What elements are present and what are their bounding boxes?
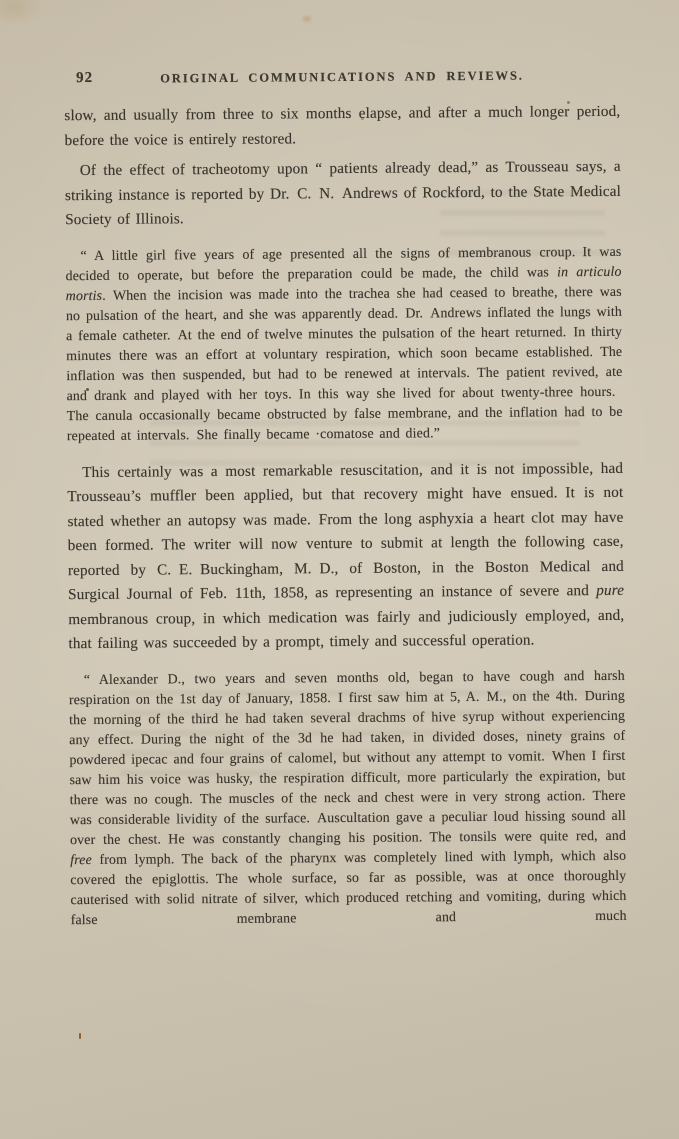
paragraph: This certainly was a most remarkable res… <box>67 456 625 656</box>
scanned-book-page: 92 ORIGINAL COMMUNICATIONS AND REVIEWS. … <box>0 0 679 1139</box>
ink-speck <box>86 388 89 391</box>
block-quote: “ Alexander D., two years and seven mont… <box>69 666 627 930</box>
page-content: 92 ORIGINAL COMMUNICATIONS AND REVIEWS. … <box>64 68 627 931</box>
page-number: 92 <box>76 70 93 87</box>
ink-speck <box>361 118 364 120</box>
ink-speck <box>567 101 570 104</box>
block-quote: “ A little girl five years of age presen… <box>65 242 623 446</box>
ink-speck <box>79 1033 81 1039</box>
paragraph-continuation: slow, and usually from three to six mont… <box>64 100 620 153</box>
paragraph: Of the effect of tracheotomy upon “ pati… <box>65 155 622 233</box>
running-head: ORIGINAL COMMUNICATIONS AND REVIEWS. <box>64 68 620 87</box>
page-header: 92 ORIGINAL COMMUNICATIONS AND REVIEWS. <box>64 68 620 96</box>
